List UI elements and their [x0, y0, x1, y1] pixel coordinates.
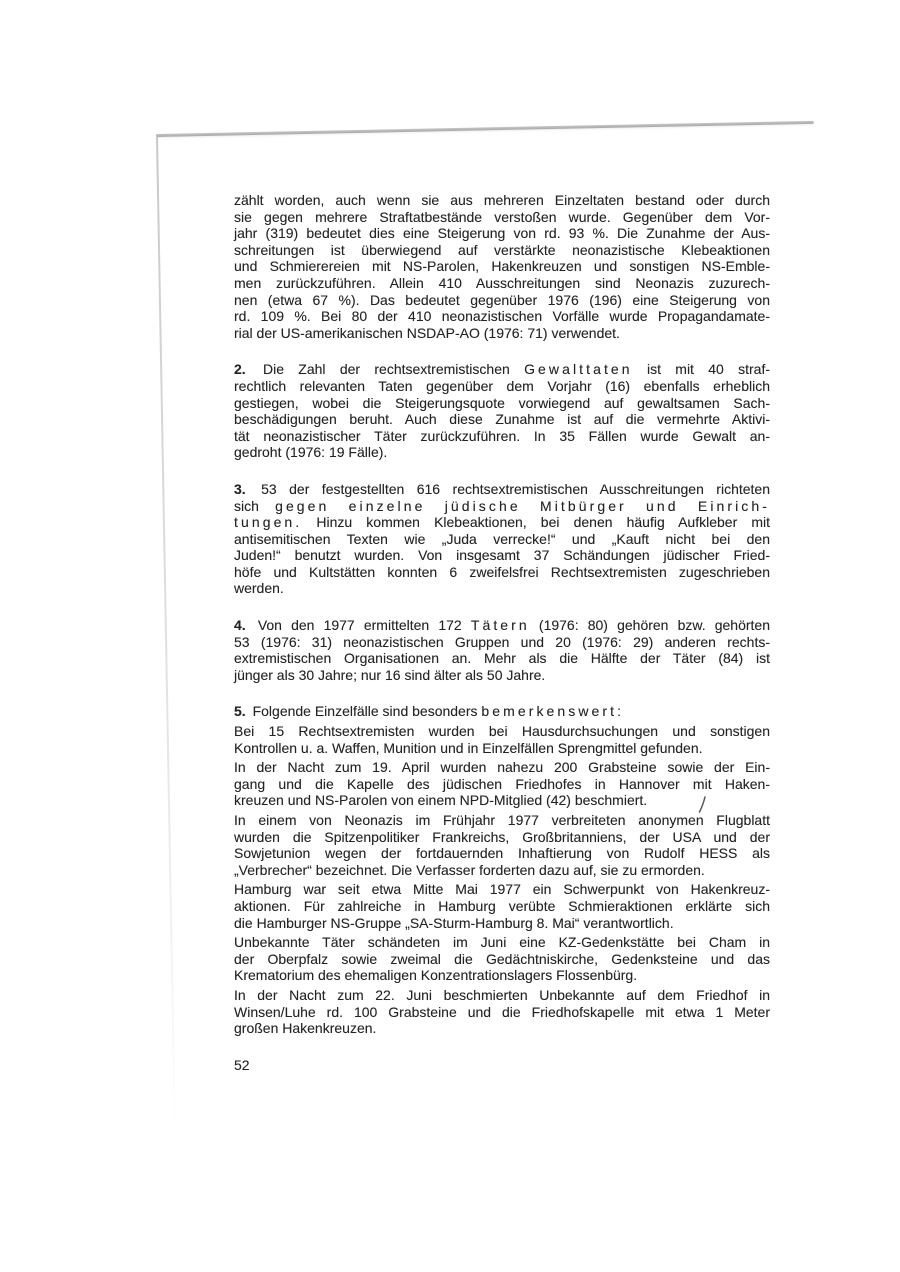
text-segment: höfe und Kultstätten konnten 6 zweifelsf…	[234, 564, 770, 580]
text-line: nen (etwa 67 %). Das bedeutet gegenüber …	[234, 292, 770, 309]
text-segment: „Verbrecher“ bezeichnet. Die Verfasser f…	[234, 862, 705, 878]
text-line: werden.	[234, 580, 770, 597]
text-line: Winsen/Luhe rd. 100 Grabsteine und die F…	[234, 1004, 770, 1021]
scanned-document-page: zählt worden, auch wenn sie aus mehreren…	[0, 0, 900, 1272]
text-line: Juden!“ benutzt wurden. Von insgesamt 37…	[234, 547, 770, 564]
sheet-top-edge	[156, 121, 814, 137]
text-segment: Von den 1977 ermittelten 172	[258, 617, 471, 633]
text-segment: der Oberpfalz sowie zweimal die Gedächtn…	[234, 951, 770, 967]
text-line: gedroht (1976: 19 Fälle).	[234, 444, 770, 461]
text-segment: In einem von Neonazis im Frühjahr 1977 v…	[234, 812, 770, 828]
text-segment: antisemitischen Texten wie „Juda verreck…	[234, 531, 770, 547]
text-line: kreuzen und NS-Parolen von einem NPD-Mit…	[234, 792, 770, 809]
text-line: 3. 53 der festgestellten 616 rechtsextre…	[234, 481, 770, 498]
text-segment: Juden!“ benutzt wurden. Von insgesamt 37…	[234, 547, 770, 563]
text-line: die Hamburger NS-Gruppe „SA-Sturm-Hambur…	[234, 915, 770, 932]
paragraph: 3. 53 der festgestellten 616 rechtsextre…	[234, 481, 770, 597]
text-line: 53 (1976: 31) neonazistischen Gruppen un…	[234, 634, 770, 651]
paragraph: 4. Von den 1977 ermittelten 172 Tätern (…	[234, 617, 770, 683]
text-segment: In der Nacht zum 22. Juni beschmierten U…	[234, 987, 770, 1003]
stray-pen-mark	[698, 796, 707, 813]
text-segment: aktionen. Für zahlreiche in Hamburg verü…	[234, 898, 770, 914]
text-line: rd. 109 %. Bei 80 der 410 neonazistische…	[234, 308, 770, 325]
text-segment: schreitungen ist überwiegend auf verstär…	[234, 242, 770, 258]
text-segment: und Schmierereien mit NS-Parolen, Hakenk…	[234, 258, 770, 274]
text-segment: extremistischen Organisationen an. Mehr …	[234, 650, 770, 666]
text-line: In einem von Neonazis im Frühjahr 1977 v…	[234, 812, 770, 829]
paragraph: 5. Folgende Einzelfälle sind besonders b…	[234, 703, 770, 720]
text-line: 5. Folgende Einzelfälle sind besonders b…	[234, 703, 770, 720]
paragraph-number: 3.	[234, 481, 249, 497]
text-line: rial der US-amerikanischen NSDAP-AO (197…	[234, 325, 770, 342]
text-line: aktionen. Für zahlreiche in Hamburg verü…	[234, 898, 770, 915]
sub-paragraph: In einem von Neonazis im Frühjahr 1977 v…	[234, 812, 770, 878]
text-segment: rechtlich relevanten Taten gegenüber dem…	[234, 378, 770, 394]
text-line: 2. Die Zahl der rechtsextremistischen Ge…	[234, 361, 770, 378]
text-line: sich gegen einzelne jüdische Mitbürger u…	[234, 498, 770, 515]
sub-paragraph: In der Nacht zum 22. Juni beschmierten U…	[234, 987, 770, 1037]
paragraph-number: 4.	[234, 617, 249, 633]
text-line: wurden die Spitzenpolitiker Frankreichs,…	[234, 829, 770, 846]
paragraph-number: 2.	[234, 361, 249, 377]
text-line: jahr (319) bedeutet dies eine Steigerung…	[234, 225, 770, 242]
text-line: 4. Von den 1977 ermittelten 172 Tätern (…	[234, 617, 770, 634]
text-segment: In der Nacht zum 19. April wurden nahezu…	[234, 759, 770, 775]
letterspaced-text: tungen.	[234, 514, 302, 530]
text-segment: großen Hakenkreuzen.	[234, 1020, 376, 1036]
paragraph: 2. Die Zahl der rechtsextremistischen Ge…	[234, 361, 770, 461]
text-line: In der Nacht zum 22. Juni beschmierten U…	[234, 987, 770, 1004]
paragraph: zählt worden, auch wenn sie aus mehreren…	[234, 192, 770, 341]
text-line: In der Nacht zum 19. April wurden nahezu…	[234, 759, 770, 776]
text-line: tät neonazistischer Täter zurückzuführen…	[234, 428, 770, 445]
text-line: schreitungen ist überwiegend auf verstär…	[234, 242, 770, 259]
text-segment: 53 der festgestellten 616 rechtsextremis…	[261, 481, 770, 497]
text-segment: rial der US-amerikanischen NSDAP-AO (197…	[234, 325, 620, 341]
text-segment: werden.	[234, 580, 284, 596]
text-line: men zurückzuführen. Allein 410 Ausschrei…	[234, 275, 770, 292]
text-line: Kontrollen u. a. Waffen, Munition und in…	[234, 740, 770, 757]
text-segment: wurden die Spitzenpolitiker Frankreichs,…	[234, 829, 770, 845]
text-segment: beschädigungen beruht. Auch diese Zunahm…	[234, 411, 770, 427]
text-line: Bei 15 Rechtsextremisten wurden bei Haus…	[234, 723, 770, 740]
text-line: gang und die Kapelle des jüdischen Fried…	[234, 776, 770, 793]
paragraph-number: 5.	[234, 703, 249, 719]
sub-paragraph: Bei 15 Rechtsextremisten wurden bei Haus…	[234, 723, 770, 756]
text-segment: 53 (1976: 31) neonazistischen Gruppen un…	[234, 634, 770, 650]
text-line: Unbekannte Täter schändeten im Juni eine…	[234, 934, 770, 951]
text-segment: Hinzu kommen Klebeaktionen, bei denen hä…	[302, 514, 770, 530]
text-segment: zählt worden, auch wenn sie aus mehreren…	[234, 192, 770, 208]
sub-paragraph: Hamburg war seit etwa Mitte Mai 1977 ein…	[234, 881, 770, 931]
text-segment: Krematorium des ehemaligen Konzentration…	[234, 967, 637, 983]
text-segment: Unbekannte Täter schändeten im Juni eine…	[234, 934, 770, 950]
page-number: 52	[234, 1057, 770, 1074]
text-segment: nen (etwa 67 %). Das bedeutet gegenüber …	[234, 292, 770, 308]
text-segment: Hamburg war seit etwa Mitte Mai 1977 ein…	[234, 881, 770, 897]
text-line: großen Hakenkreuzen.	[234, 1020, 770, 1037]
text-segment: (1976: 80) gehören bzw. gehörten	[530, 617, 770, 633]
text-segment: gestiegen, wobei die Steigerungsquote vo…	[234, 395, 770, 411]
text-line: extremistischen Organisationen an. Mehr …	[234, 650, 770, 667]
text-line: Hamburg war seit etwa Mitte Mai 1977 ein…	[234, 881, 770, 898]
text-line: Krematorium des ehemaligen Konzentration…	[234, 967, 770, 984]
text-segment: rd. 109 %. Bei 80 der 410 neonazistische…	[234, 308, 770, 324]
text-line: antisemitischen Texten wie „Juda verreck…	[234, 531, 770, 548]
text-line: rechtlich relevanten Taten gegenüber dem…	[234, 378, 770, 395]
sub-paragraph: In der Nacht zum 19. April wurden nahezu…	[234, 759, 770, 809]
text-line: höfe und Kultstätten konnten 6 zweifelsf…	[234, 564, 770, 581]
text-segment: Kontrollen u. a. Waffen, Munition und in…	[234, 740, 703, 756]
text-line: zählt worden, auch wenn sie aus mehreren…	[234, 192, 770, 209]
text-segment: jahr (319) bedeutet dies eine Steigerung…	[234, 225, 770, 241]
text-segment: sich	[234, 498, 275, 514]
text-segment: sie gegen mehrere Straftatbestände verst…	[234, 209, 770, 225]
text-segment: Sowjetunion wegen der fortdauernden Inha…	[234, 845, 770, 861]
text-segment: tät neonazistischer Täter zurückzuführen…	[234, 428, 770, 444]
text-segment: Winsen/Luhe rd. 100 Grabsteine und die F…	[234, 1004, 770, 1020]
text-line: beschädigungen beruht. Auch diese Zunahm…	[234, 411, 770, 428]
text-segment: jünger als 30 Jahre; nur 16 sind älter a…	[234, 667, 545, 683]
sub-paragraph: Unbekannte Täter schändeten im Juni eine…	[234, 934, 770, 984]
text-line: Sowjetunion wegen der fortdauernden Inha…	[234, 845, 770, 862]
text-segment: ist mit 40 straf-	[633, 361, 770, 377]
letterspaced-text: gegen einzelne jüdische Mitbürger und Ei…	[275, 498, 770, 514]
text-segment: Bei 15 Rechtsextremisten wurden bei Haus…	[234, 723, 770, 739]
text-line: der Oberpfalz sowie zweimal die Gedächtn…	[234, 951, 770, 968]
text-line: gestiegen, wobei die Steigerungsquote vo…	[234, 395, 770, 412]
text-segment: Die Zahl der rechtsextremistischen	[263, 361, 524, 377]
letterspaced-text: Gewalttaten	[524, 361, 633, 377]
letterspaced-text: bemerkenswert:	[481, 703, 624, 719]
text-line: jünger als 30 Jahre; nur 16 sind älter a…	[234, 667, 770, 684]
text-line: „Verbrecher“ bezeichnet. Die Verfasser f…	[234, 862, 770, 879]
text-segment: gang und die Kapelle des jüdischen Fried…	[234, 776, 770, 792]
text-segment: gedroht (1976: 19 Fälle).	[234, 444, 387, 460]
text-line: und Schmierereien mit NS-Parolen, Hakenk…	[234, 258, 770, 275]
letterspaced-text: Tätern	[471, 617, 530, 633]
text-segment: kreuzen und NS-Parolen von einem NPD-Mit…	[234, 792, 647, 808]
text-line: tungen. Hinzu kommen Klebeaktionen, bei …	[234, 514, 770, 531]
text-segment: die Hamburger NS-Gruppe „SA-Sturm-Hambur…	[234, 915, 674, 931]
sheet-left-edge	[156, 137, 176, 1135]
text-line: sie gegen mehrere Straftatbestände verst…	[234, 209, 770, 226]
text-column: zählt worden, auch wenn sie aus mehreren…	[234, 192, 770, 1073]
text-segment: Folgende Einzelfälle sind besonders	[253, 703, 482, 719]
text-segment: men zurückzuführen. Allein 410 Ausschrei…	[234, 275, 770, 291]
